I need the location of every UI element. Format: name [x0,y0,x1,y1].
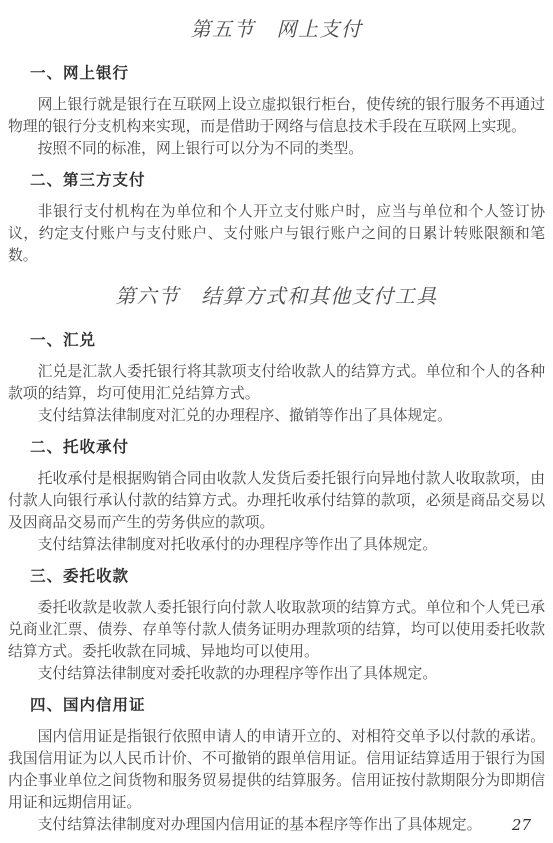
paragraph-remittance-2: 支付结算法律制度对汇兑的办理程序、撤销等作出了具体规定。 [8,405,545,427]
heading-online-banking: 一、网上银行 [30,64,545,82]
heading-domestic-letter-of-credit: 四、国内信用证 [30,696,545,714]
paragraph-collection-acceptance-1: 托收承付是根据购销合同由收款人发货后委托银行向异地付款人收取款项，由付款人向银行… [8,468,545,534]
heading-entrusted-collection: 三、委托收款 [30,567,545,585]
paragraph-domestic-loc-1: 国内信用证是指银行依照申请人的申请开立的、对相符交单予以付款的承诺。我国信用证为… [8,726,545,814]
paragraph-domestic-loc-2: 支付结算法律制度对办理国内信用证的基本程序等作出了具体规定。 [8,814,545,836]
section-6-title: 第六节 结算方式和其他支付工具 [8,283,545,309]
heading-remittance: 一、汇兑 [30,331,545,349]
paragraph-entrusted-collection-1: 委托收款是收款人委托银行向付款人收取款项的结算方式。单位和个人凭已承兑商业汇票、… [8,597,545,663]
paragraph-online-banking-1: 网上银行就是银行在互联网上设立虚拟银行柜台，使传统的银行服务不再通过物理的银行分… [8,94,545,138]
section-5-title: 第五节 网上支付 [8,16,545,42]
paragraph-online-banking-2: 按照不同的标准，网上银行可以分为不同的类型。 [8,138,545,160]
paragraph-collection-acceptance-2: 支付结算法律制度对托收承付的办理程序等作出了具体规定。 [8,534,545,556]
heading-third-party-payment: 二、第三方支付 [30,171,545,189]
heading-collection-acceptance: 二、托收承付 [30,438,545,456]
page-number: 27 [512,816,531,834]
document-page: 第五节 网上支付 一、网上银行 网上银行就是银行在互联网上设立虚拟银行柜台，使传… [0,0,553,843]
paragraph-remittance-1: 汇兑是汇款人委托银行将其款项支付给收款人的结算方式。单位和个人的各种款项的结算，… [8,361,545,405]
paragraph-entrusted-collection-2: 支付结算法律制度对委托收款的办理程序等作出了具体规定。 [8,663,545,685]
paragraph-third-party-payment: 非银行支付机构在为单位和个人开立支付账户时，应当与单位和个人签订协议，约定支付账… [8,201,545,267]
